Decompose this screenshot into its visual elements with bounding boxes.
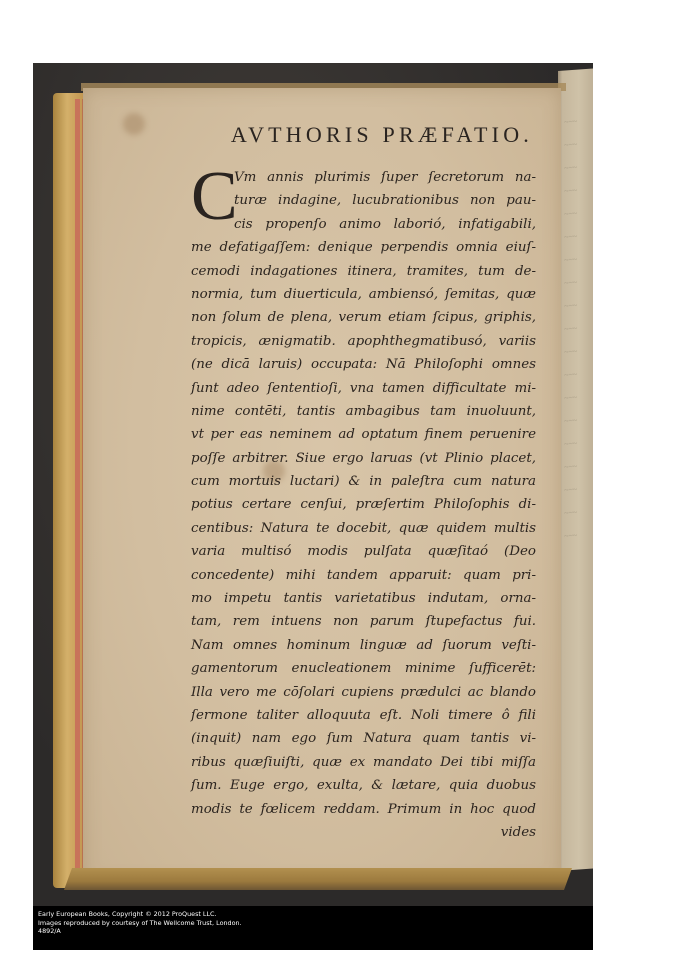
text-line: normia, tum diuerticula, ambiensó, ſemit… <box>191 283 536 306</box>
text-line: centibus: Natura te docebit, quæ quidem … <box>191 517 536 540</box>
red-edge-stripe <box>75 99 80 885</box>
text-line: non ſolum de plena, verum etiam ſcipus, … <box>191 306 536 329</box>
page-heading: AVTHORIS PRÆFATIO. <box>193 122 533 148</box>
book-page: AVTHORIS PRÆFATIO. C Vm annis plurimis ſ… <box>83 88 561 883</box>
text-line: cum mortuis luctari) & in paleſtra cum n… <box>191 470 536 493</box>
facing-page-bleed-text: ~~~~~~~~~~~~~~~~~~~~~~~~~~~~~~~~~~~~~~~~… <box>564 109 590 548</box>
text-line: potius certare cenſui, præſertim Philoſo… <box>191 493 536 516</box>
text-line: ribus quæſiuiſti, quæ ex mandato Dei tib… <box>191 751 536 774</box>
page-stain <box>123 113 145 135</box>
text-line: varia multisó modis pulſata quæſitaó (De… <box>191 540 536 563</box>
caption-line-courtesy: Images reproduced by courtesy of The Wel… <box>38 919 593 928</box>
facing-page-edge: ~~~~~~~~~~~~~~~~~~~~~~~~~~~~~~~~~~~~~~~~… <box>558 69 593 871</box>
text-line: (inquit) nam ego ſum Natura quam tantis … <box>191 727 536 750</box>
text-line: Illa vero me cōſolari cupiens prædulci a… <box>191 681 536 704</box>
text-line: nime contēti, tantis ambagibus tam inuol… <box>191 400 536 423</box>
text-line: poſſe arbitrer. Siue ergo laruas (vt Pli… <box>191 447 536 470</box>
text-line: cemodi indagationes itinera, tramites, t… <box>191 260 536 283</box>
copyright-caption: Early European Books, Copyright © 2012 P… <box>33 906 593 950</box>
caption-line-copyright: Early European Books, Copyright © 2012 P… <box>38 910 593 919</box>
body-text: Vm annis plurimis ſuper ſecretorum na- t… <box>191 166 536 844</box>
text-line: turæ indagine, lucubrationibus non pau- <box>191 189 536 212</box>
text-line: me defatigaſſem: denique perpendis omnia… <box>191 236 536 259</box>
text-line: ſum. Euge ergo, exulta, & lætare, quia d… <box>191 774 536 797</box>
text-line: Nam omnes hominum linguæ ad ſuorum veſti… <box>191 634 536 657</box>
book-scan-image: ~~~~~~~~~~~~~~~~~~~~~~~~~~~~~~~~~~~~~~~~… <box>33 63 593 906</box>
text-line: tropicis, ænigmatib. apophthegmatibusó, … <box>191 330 536 353</box>
text-line: (ne dicā laruis) occupata: Nā Philoſophi… <box>191 353 536 376</box>
text-line: concedente) mihi tandem apparuit: quam p… <box>191 564 536 587</box>
catchword: vides <box>191 821 536 844</box>
text-line: cis propenſo animo laborió, infatigabili… <box>191 213 536 236</box>
text-line: Vm annis plurimis ſuper ſecretorum na- <box>191 166 536 189</box>
text-line: mo impetu tantis varietatibus indutam, o… <box>191 587 536 610</box>
text-line: vt per eas neminem ad optatum finem peru… <box>191 423 536 446</box>
text-line: modis te fœlicem reddam. Primum in hoc q… <box>191 798 536 821</box>
text-line: gamentorum enucleationem minime ſufficer… <box>191 657 536 680</box>
text-line: tam, rem intuens non parum ſtupefactus f… <box>191 610 536 633</box>
caption-line-shelfmark: 4892/A <box>38 927 593 936</box>
text-line: ſunt adeo ſententioſi, vna tamen difficu… <box>191 377 536 400</box>
text-line: ſermone taliter alloquuta eſt. Noli time… <box>191 704 536 727</box>
page-bottom-edge <box>64 868 572 890</box>
